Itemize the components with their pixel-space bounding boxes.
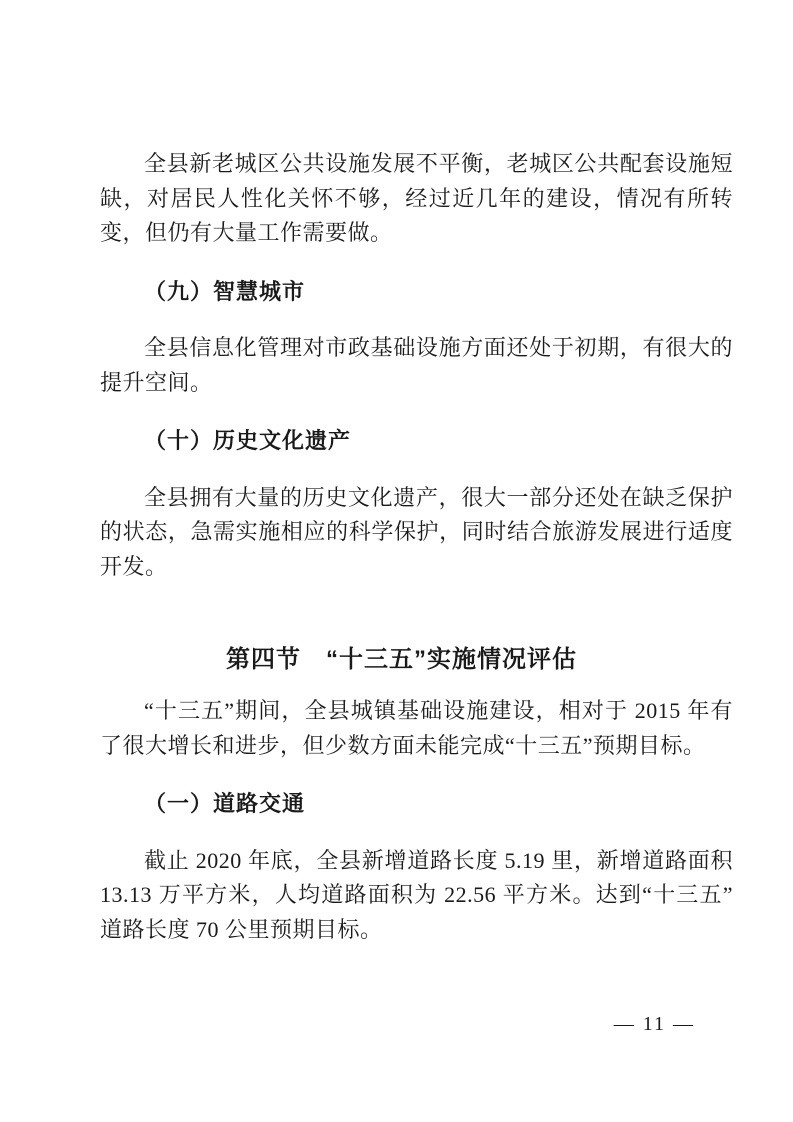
page-number: — 11 — (614, 1012, 695, 1036)
section-title-13th-five-year-evaluation: 第四节 “十三五”实施情况评估 (70, 641, 733, 679)
page-content: 全县新老城区公共设施发展不平衡，老城区公共配套设施短缺，对居民人性化关怀不够，经… (100, 0, 733, 947)
paragraph-road-traffic: 截止 2020 年底，全县新增道路长度 5.19 里，新增道路面积 13.13 … (100, 844, 733, 948)
subsection-heading-heritage: （十）历史文化遗产 (100, 424, 733, 459)
paragraph-heritage: 全县拥有大量的历史文化遗产，很大一部分还处在缺乏保护的状态，急需实施相应的科学保… (100, 481, 733, 585)
subsection-heading-smart-city: （九）智慧城市 (100, 275, 733, 310)
paragraph-13th-five-year-overview: “十三五”期间，全县城镇基础设施建设，相对于 2015 年有了很大增长和进步，但… (100, 694, 733, 763)
document-page: 全县新老城区公共设施发展不平衡，老城区公共配套设施短缺，对居民人性化关怀不够，经… (0, 0, 793, 1122)
subsection-heading-road-traffic: （一）道路交通 (100, 787, 733, 822)
paragraph-smart-city: 全县信息化管理对市政基础设施方面还处于初期，有很大的提升空间。 (100, 331, 733, 400)
paragraph-public-facilities: 全县新老城区公共设施发展不平衡，老城区公共配套设施短缺，对居民人性化关怀不够，经… (100, 147, 733, 251)
